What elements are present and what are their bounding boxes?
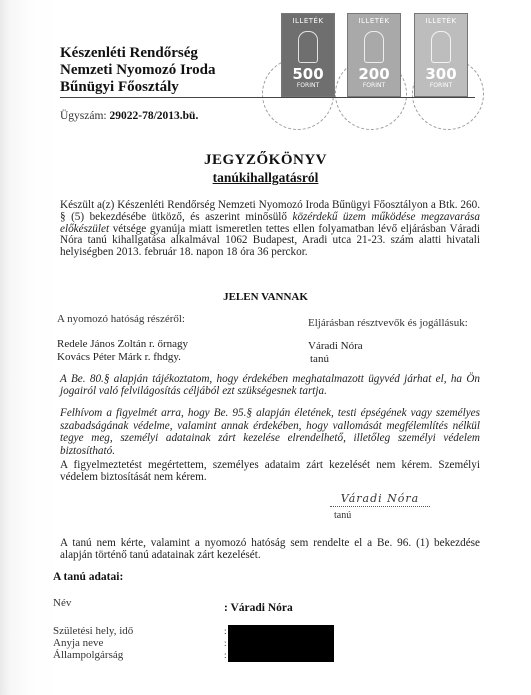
witness-signature: Váradi Nóra [330,492,430,507]
participant-name: Váradi Nóra [308,340,363,353]
revenue-stamp-500: ILLETÉK 500 FORINT [281,13,335,97]
document-subtitle: tanúkihallgatásról [0,170,531,186]
organization-header: Készenléti Rendőrség Nemzeti Nyomozó Iro… [60,45,216,96]
org-line-2: Nemzeti Nyomozó Iroda [60,62,216,79]
field-colons: ::: [224,625,227,661]
document-title: JEGYZŐKÖNYV [0,152,531,169]
name-value: : Váradi Nóra [224,602,293,614]
case-number-value: 29022-78/2013.bü. [110,110,199,122]
participant-role: tanú [308,353,363,366]
authority-members: Redele János Zoltán r. őrnagy Kovács Pét… [57,338,188,363]
signature-label: tanú [334,510,351,521]
org-line-3: Bűnügyi Főosztály [60,79,216,96]
revenue-stamp-300: ILLETÉK 300 FORINT [414,13,468,97]
field-mother: Anyja neve [53,637,133,649]
field-birth: Születési hely, idő [53,625,133,637]
coat-of-arms-icon [364,31,384,63]
redaction-box [228,625,334,662]
coat-of-arms-icon [431,31,451,63]
present-heading: JELEN VANNAK [0,291,531,303]
lawyer-notice: A Be. 80.§ alapján tájékoztatom, hogy ér… [60,374,480,398]
authority-member: Redele János Zoltán r. őrnagy [57,338,188,351]
participant: Váradi Nóra tanú [308,340,363,365]
closing-paragraph: A tanú nem kérte, valamint a nyomozó hat… [60,538,480,562]
header-divider [60,97,475,98]
participants-label: Eljárásban résztvevők és jogállásuk: [308,317,468,329]
intro-paragraph: Készült a(z) Készenléti Rendőrség Nemzet… [60,200,480,259]
name-label: Név [53,597,71,609]
case-number-label: Ügyszám: [60,110,107,122]
coat-of-arms-icon [298,31,318,63]
witness-data-heading: A tanú adatai: [53,571,123,583]
acknowledgement: A figyelmeztetést megértettem, személyes… [60,460,480,484]
org-line-1: Készenléti Rendőrség [60,45,216,62]
field-citizenship: Állampolgárság [53,649,133,661]
protection-notice: Felhívom a figyelmét arra, hogy Be. 95.§… [60,407,480,457]
case-number: Ügyszám: 29022-78/2013.bü. [60,110,198,122]
revenue-stamp-200: ILLETÉK 200 FORINT [347,13,401,97]
authority-label: A nyomozó hatóság részéről: [57,313,185,325]
witness-fields: Születési hely, idő Anyja neve Állampolg… [53,625,133,661]
authority-member: Kovács Péter Márk r. fhdgy. [57,351,188,364]
